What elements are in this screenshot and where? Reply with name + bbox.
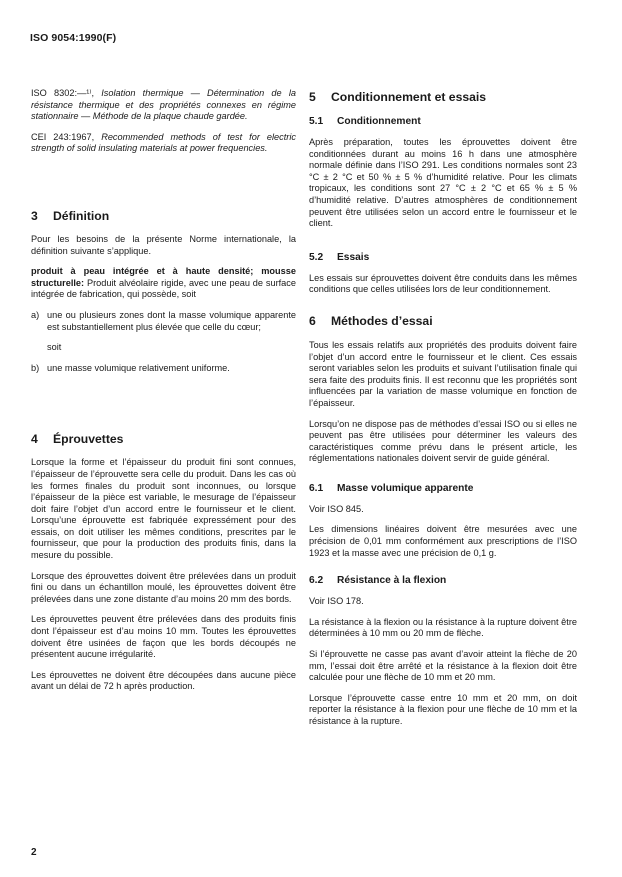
subsection-title: Masse volumique apparente bbox=[337, 483, 473, 494]
reference-code: CEI 243:1967, bbox=[31, 132, 94, 142]
paragraph: Lorsque l’éprouvette casse entre 10 mm e… bbox=[309, 693, 577, 728]
paragraph: Les dimensions linéaires doivent être me… bbox=[309, 524, 577, 559]
section-6-methodes: 6Méthodes d’essai Tous les essais relati… bbox=[309, 314, 577, 728]
subsection-title: Résistance à la flexion bbox=[337, 575, 446, 586]
paragraph: La résistance à la flexion ou la résista… bbox=[309, 617, 577, 640]
section-heading: 4Éprouvettes bbox=[31, 432, 296, 446]
section-title: Définition bbox=[53, 209, 109, 223]
paragraph: Lorsque la forme et l’épaisseur du produ… bbox=[31, 457, 296, 561]
section-number: 5 bbox=[309, 90, 331, 104]
subsection-number: 6.1 bbox=[309, 483, 337, 494]
definition-item-b: b) une masse volumique relativement unif… bbox=[31, 363, 296, 375]
definition-term-paragraph: produit à peau intégrée et à haute densi… bbox=[31, 266, 296, 301]
section-heading: 6Méthodes d’essai bbox=[309, 314, 577, 328]
section-number: 4 bbox=[31, 432, 53, 446]
paragraph: Lorsqu’on ne dispose pas de méthodes d’e… bbox=[309, 419, 577, 465]
paragraph: Voir ISO 178. bbox=[309, 596, 577, 608]
paragraph: Les éprouvettes peuvent être prélevées d… bbox=[31, 614, 296, 660]
paragraph: Les essais sur éprouvettes doivent être … bbox=[309, 273, 577, 296]
definition-or: soit bbox=[31, 342, 296, 354]
section-title: Conditionnement et essais bbox=[331, 90, 486, 104]
list-text: une ou plusieurs zones dont la masse vol… bbox=[47, 310, 296, 333]
paragraph: Les éprouvettes ne doivent être découpée… bbox=[31, 670, 296, 693]
section-title: Éprouvettes bbox=[53, 432, 123, 446]
list-marker: a) bbox=[31, 310, 47, 333]
normative-references: ISO 8302:—¹⁾, Isolation thermique — Déte… bbox=[31, 88, 296, 155]
paragraph: Voir ISO 845. bbox=[309, 504, 577, 516]
section-3-definition: 3Définition Pour les besoins de la prése… bbox=[31, 209, 296, 374]
document-header-id: ISO 9054:1990(F) bbox=[30, 32, 116, 44]
section-5-conditionnement: 5Conditionnement et essais 5.1Conditionn… bbox=[309, 90, 577, 296]
reference-cei-243: CEI 243:1967, Recommended methods of tes… bbox=[31, 132, 296, 155]
right-column: 5Conditionnement et essais 5.1Conditionn… bbox=[309, 90, 577, 737]
subsection-heading: 6.1Masse volumique apparente bbox=[309, 483, 577, 494]
subsection-heading: 5.2Essais bbox=[309, 252, 577, 263]
subsection-title: Conditionnement bbox=[337, 116, 421, 127]
section-4-eprouvettes: 4Éprouvettes Lorsque la forme et l’épais… bbox=[31, 432, 296, 693]
subsection-heading: 5.1Conditionnement bbox=[309, 116, 577, 127]
list-marker: b) bbox=[31, 363, 47, 375]
section-title: Méthodes d’essai bbox=[331, 314, 433, 328]
subsection-number: 5.1 bbox=[309, 116, 337, 127]
reference-iso-8302: ISO 8302:—¹⁾, Isolation thermique — Déte… bbox=[31, 88, 296, 123]
definition-intro: Pour les besoins de la présente Norme in… bbox=[31, 234, 296, 257]
section-number: 3 bbox=[31, 209, 53, 223]
paragraph: Après préparation, toutes les éprouvette… bbox=[309, 137, 577, 230]
subsection-heading: 6.2Résistance à la flexion bbox=[309, 575, 577, 586]
reference-code: ISO 8302:—¹⁾, bbox=[31, 88, 94, 98]
subsection-number: 6.2 bbox=[309, 575, 337, 586]
paragraph: Si l’éprouvette ne casse pas avant d’avo… bbox=[309, 649, 577, 684]
list-text: une masse volumique relativement uniform… bbox=[47, 363, 296, 375]
paragraph: Tous les essais relatifs aux propriétés … bbox=[309, 340, 577, 410]
page-number: 2 bbox=[31, 847, 37, 858]
left-column: ISO 8302:—¹⁾, Isolation thermique — Déte… bbox=[31, 88, 296, 702]
subsection-number: 5.2 bbox=[309, 252, 337, 263]
definition-item-a: a) une ou plusieurs zones dont la masse … bbox=[31, 310, 296, 333]
section-heading: 5Conditionnement et essais bbox=[309, 90, 577, 104]
section-heading: 3Définition bbox=[31, 209, 296, 223]
paragraph: Lorsque des éprouvettes doivent être pré… bbox=[31, 571, 296, 606]
subsection-title: Essais bbox=[337, 252, 369, 263]
section-number: 6 bbox=[309, 314, 331, 328]
